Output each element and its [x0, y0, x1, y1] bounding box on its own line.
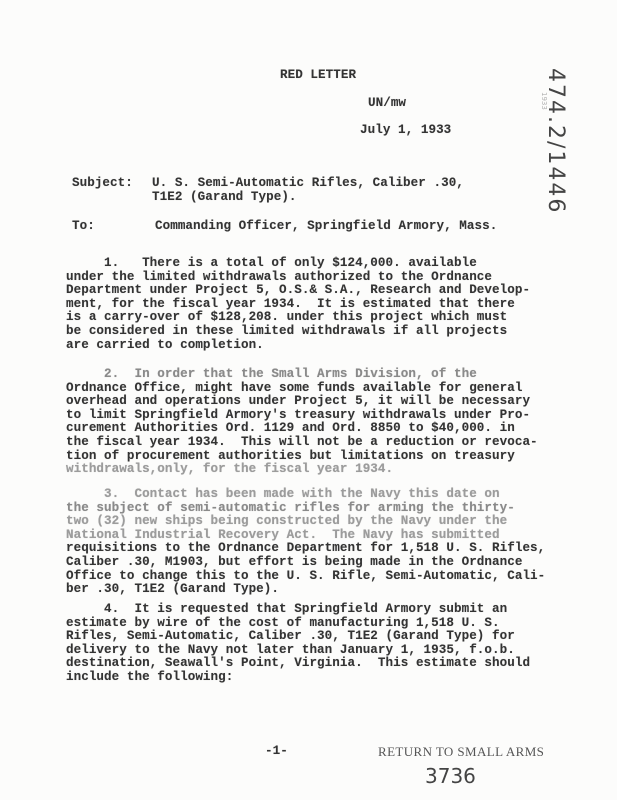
- paragraph-line: requisitions to the Ordnance Department …: [66, 542, 586, 556]
- paragraph-line: ment, for the fiscal year 1934. It is es…: [66, 298, 586, 312]
- paragraph-line: the fiscal year 1934. This will not be a…: [66, 436, 586, 450]
- paragraph-line: ber .30, T1E2 (Garand Type).: [66, 583, 586, 597]
- paragraph-line: National Industrial Recovery Act. The Na…: [66, 529, 586, 543]
- paragraph-2: 2. In order that the Small Arms Division…: [66, 368, 586, 477]
- paragraph-line: are carried to completion.: [66, 339, 586, 353]
- paragraph-line: under the limited withdrawals authorized…: [66, 271, 586, 285]
- paragraph-line: Department under Project 5, O.S.& S.A., …: [66, 284, 586, 298]
- paragraph-line: two (32) new ships being constructed by …: [66, 515, 586, 529]
- paragraph-line: include the following:: [66, 671, 586, 685]
- paragraph-line: curement Authorities Ord. 1129 and Ord. …: [66, 422, 586, 436]
- paragraph-line: 2. In order that the Small Arms Division…: [66, 368, 586, 382]
- handwritten-number: 3736: [425, 764, 476, 788]
- return-stamp: RETURN TO SMALL ARMS: [378, 744, 544, 760]
- paragraph-line: to limit Springfield Armory's treasury w…: [66, 409, 586, 423]
- to-recipient: Commanding Officer, Springfield Armory, …: [155, 219, 497, 233]
- paragraph-line: overhead and operations under Project 5,…: [66, 395, 586, 409]
- paragraph-line: Office to change this to the U. S. Rifle…: [66, 570, 586, 584]
- to-label: To:: [72, 219, 95, 233]
- reference-code: UN/mw: [368, 96, 406, 110]
- subject-line-1: U. S. Semi-Automatic Rifles, Caliber .30…: [152, 176, 464, 190]
- paragraph-line: Rifles, Semi-Automatic, Caliber .30, T1E…: [66, 630, 586, 644]
- paragraph-line: 4. It is requested that Springfield Armo…: [66, 603, 586, 617]
- paragraph-line: tion of procurement authorities but limi…: [66, 450, 586, 464]
- paragraph-line: 3. Contact has been made with the Navy t…: [66, 488, 586, 502]
- paragraph-line: the subject of semi-automatic rifles for…: [66, 502, 586, 516]
- paragraph-line: estimate by wire of the cost of manufact…: [66, 617, 586, 631]
- paragraph-4: 4. It is requested that Springfield Armo…: [66, 603, 586, 685]
- paragraph-line: destination, Seawall's Point, Virginia. …: [66, 657, 586, 671]
- paragraph-3: 3. Contact has been made with the Navy t…: [66, 488, 586, 597]
- handwritten-file-number: 474.2/1446: [543, 68, 568, 214]
- paragraph-line: withdrawals,only, for the fiscal year 19…: [66, 463, 586, 477]
- paragraph-line: delivery to the Navy not later than Janu…: [66, 644, 586, 658]
- letter-date: July 1, 1933: [360, 123, 451, 137]
- paragraph-line: 1. There is a total of only $124,000. av…: [66, 257, 586, 271]
- paragraph-1: 1. There is a total of only $124,000. av…: [66, 257, 586, 352]
- document-page: RED LETTER UN/mw July 1, 1933 1933 474.2…: [0, 0, 617, 800]
- subject-label: Subject:: [72, 176, 133, 190]
- paragraph-line: is a carry-over of $128,208. under this …: [66, 311, 586, 325]
- paragraph-line: Ordnance Office, might have some funds a…: [66, 382, 586, 396]
- paragraph-line: Caliber .30, M1903, but effort is being …: [66, 556, 586, 570]
- page-number: -1-: [265, 744, 288, 758]
- document-title: RED LETTER: [280, 68, 356, 82]
- paragraph-line: be considered in these limited withdrawa…: [66, 325, 586, 339]
- subject-line-2: T1E2 (Garand Type).: [152, 190, 297, 204]
